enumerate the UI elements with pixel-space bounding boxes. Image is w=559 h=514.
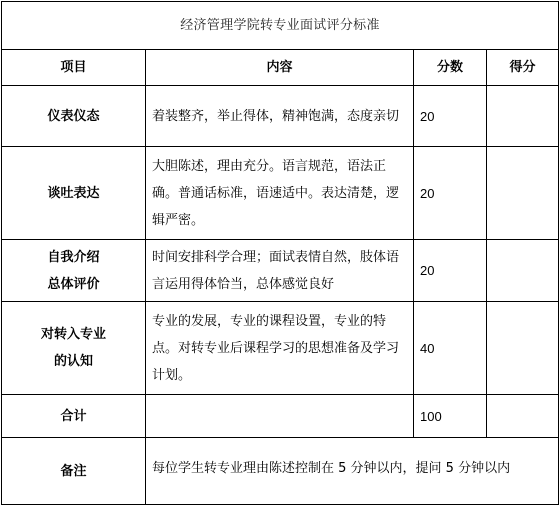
scoring-criteria-table: 经济管理学院转专业面试评分标准 项目 内容 分数 得分 仪表仪态 着装整齐，举止…: [1, 1, 559, 505]
header-row: 项目 内容 分数 得分: [2, 50, 559, 86]
table-row: 对转入专业 的认知 专业的发展，专业的课程设置，专业的特点。对转专业后课程学习的…: [2, 302, 559, 395]
table-row: 仪表仪态 着装整齐，举止得体，精神饱满，态度亲切 20: [2, 86, 559, 147]
item-cell: 谈吐表达: [2, 147, 146, 240]
title-row: 经济管理学院转专业面试评分标准: [2, 2, 559, 50]
score-cell: 20: [414, 240, 487, 302]
score-cell: 20: [414, 147, 487, 240]
got-cell[interactable]: [487, 240, 559, 302]
item-label: 仪表仪态: [2, 103, 145, 130]
content-cell: 时间安排科学合理；面试表情自然，肢体语言运用得体恰当，总体感觉良好: [146, 240, 414, 302]
table-row: 自我介绍 总体评价 时间安排科学合理；面试表情自然，肢体语言运用得体恰当，总体感…: [2, 240, 559, 302]
note-label: 备注: [2, 438, 146, 505]
item-cell: 仪表仪态: [2, 86, 146, 147]
total-label: 合计: [2, 395, 146, 438]
item-cell: 对转入专业 的认知: [2, 302, 146, 395]
item-label-line-2: 的认知: [2, 348, 145, 375]
item-cell: 自我介绍 总体评价: [2, 240, 146, 302]
content-cell: 大胆陈述，理由充分。语言规范，语法正确。普通话标准，语速适中。表达清楚，逻辑严密…: [146, 147, 414, 240]
got-cell[interactable]: [487, 147, 559, 240]
item-label-line-1: 自我介绍: [2, 244, 145, 271]
total-score: 100: [414, 395, 487, 438]
item-label-line-2: 总体评价: [2, 271, 145, 298]
header-score: 分数: [414, 50, 487, 86]
table-row: 谈吐表达 大胆陈述，理由充分。语言规范，语法正确。普通话标准，语速适中。表达清楚…: [2, 147, 559, 240]
content-cell: 着装整齐，举止得体，精神饱满，态度亲切: [146, 86, 414, 147]
got-cell[interactable]: [487, 86, 559, 147]
score-cell: 40: [414, 302, 487, 395]
score-cell: 20: [414, 86, 487, 147]
table-title: 经济管理学院转专业面试评分标准: [2, 2, 559, 50]
header-got: 得分: [487, 50, 559, 86]
content-cell: 专业的发展，专业的课程设置，专业的特点。对转专业后课程学习的思想准备及学习计划。: [146, 302, 414, 395]
header-content: 内容: [146, 50, 414, 86]
header-item: 项目: [2, 50, 146, 86]
total-row: 合计 100: [2, 395, 559, 438]
total-got[interactable]: [487, 395, 559, 438]
note-row: 备注 每位学生转专业理由陈述控制在 5 分钟以内，提问 5 分钟以内: [2, 438, 559, 505]
got-cell[interactable]: [487, 302, 559, 395]
note-content: 每位学生转专业理由陈述控制在 5 分钟以内，提问 5 分钟以内: [146, 438, 559, 505]
item-label-line-1: 对转入专业: [2, 321, 145, 348]
item-label: 谈吐表达: [2, 180, 145, 207]
total-content: [146, 395, 414, 438]
